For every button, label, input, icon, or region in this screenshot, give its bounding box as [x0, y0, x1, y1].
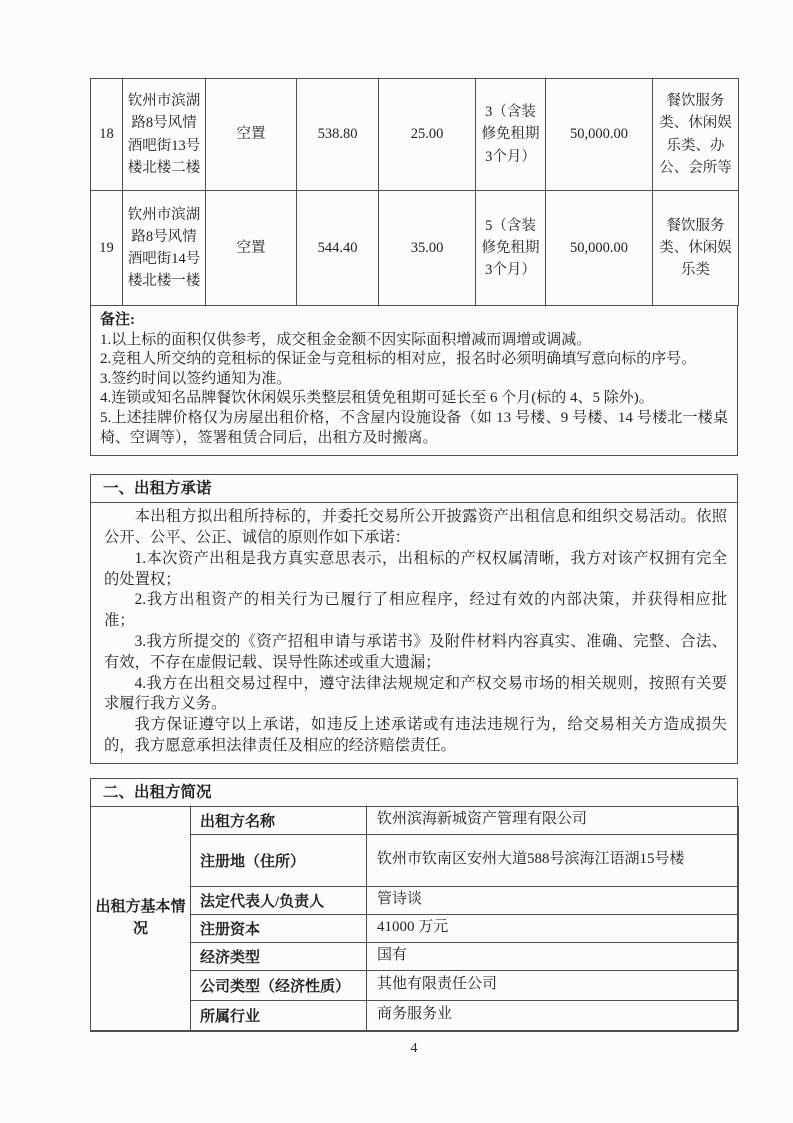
notes-box: 备注: 1.以上标的面积仅供参考，成交租金金额不因实际面积增减而调增或调减。 2…	[90, 305, 738, 456]
cell-status: 空置	[206, 191, 297, 306]
lessor-info-table: 出租方基本情况 出租方名称 钦州滨海新城资产管理有限公司 注册地（住所） 钦州市…	[90, 806, 739, 1031]
table-row: 出租方基本情况 出租方名称 钦州滨海新城资产管理有限公司	[91, 806, 739, 834]
table-row: 19 钦州市滨湖路8号风情酒吧街14号楼北楼一楼 空置 544.40 35.00…	[91, 191, 739, 306]
table-row: 18 钦州市滨湖路8号风情酒吧街13号楼北楼二楼 空置 538.80 25.00…	[91, 79, 739, 191]
field-value: 国有	[367, 942, 739, 970]
cell-price: 35.00	[379, 191, 476, 306]
cell-serial: 19	[91, 191, 123, 306]
field-label: 经济类型	[191, 942, 367, 970]
cell-deposit: 50,000.00	[546, 191, 653, 306]
paragraph: 本出租方拟出租所持标的，并委托交易所公开披露资产出租信息和组织交易活动。依照公开…	[104, 507, 727, 549]
field-value: 41000 万元	[367, 914, 739, 942]
cell-lease-term: 5（含装修免租期3个月）	[476, 191, 546, 306]
notes-label: 备注:	[100, 311, 728, 331]
field-value: 管诗谈	[367, 886, 739, 914]
cell-lease-term: 3（含装修免租期3个月）	[476, 79, 546, 191]
field-label: 注册地（住所）	[191, 834, 367, 886]
cell-price: 25.00	[379, 79, 476, 191]
cell-address: 钦州市滨湖路8号风情酒吧街14号楼北楼一楼	[123, 191, 206, 306]
section-lessor-commitment: 一、出租方承诺 本出租方拟出租所持标的，并委托交易所公开披露资产出租信息和组织交…	[90, 474, 738, 764]
section-body: 本出租方拟出租所持标的，并委托交易所公开披露资产出租信息和组织交易活动。依照公开…	[91, 503, 737, 763]
cell-serial: 18	[91, 79, 123, 191]
field-value: 钦州滨海新城资产管理有限公司	[367, 806, 739, 834]
cell-status: 空置	[206, 79, 297, 191]
note-item: 5.上述挂牌价格仅为房屋出租价格，不含屋内设施设备（如 13 号楼、9 号楼、1…	[100, 409, 728, 448]
page-number: 4	[90, 1041, 738, 1057]
cell-address: 钦州市滨湖路8号风情酒吧街13号楼北楼二楼	[123, 79, 206, 191]
note-item: 1.以上标的面积仅供参考，成交租金金额不因实际面积增减而调增或调减。	[100, 331, 728, 351]
paragraph: 4.我方在出租交易过程中，遵守法律法规规定和产权交易市场的相关规则，按照有关要求…	[104, 674, 727, 716]
section-lessor-profile: 二、出租方简况 出租方基本情况 出租方名称 钦州滨海新城资产管理有限公司 注册地…	[90, 778, 738, 1032]
field-value: 钦州市钦南区安州大道588号滨海江语湖15号楼	[367, 834, 739, 886]
paragraph: 1.本次资产出租是我方真实意思表示，出租标的产权权属清晰，我方对该产权拥有完全的…	[104, 549, 727, 591]
note-item: 2.竞租人所交纳的竞租标的保证金与竞租标的相对应，报名时必须明确填写意向标的序号…	[100, 350, 728, 370]
document-content: 18 钦州市滨湖路8号风情酒吧街13号楼北楼二楼 空置 538.80 25.00…	[90, 78, 738, 1057]
field-label: 出租方名称	[191, 806, 367, 834]
paragraph: 2.我方出租资产的相关行为已履行了相应程序，经过有效的内部决策，并获得相应批准；	[104, 590, 727, 632]
group-label: 出租方基本情况	[91, 806, 191, 1030]
cell-area: 538.80	[297, 79, 379, 191]
document-page: 18 钦州市滨湖路8号风情酒吧街13号楼北楼二楼 空置 538.80 25.00…	[0, 0, 793, 1123]
cell-business-type: 餐饮服务类、休闲娱乐类、办公、会所等	[653, 79, 739, 191]
section-title: 二、出租方简况	[91, 779, 737, 807]
paragraph: 3.我方所提交的《资产招租申请与承诺书》及附件材料内容真实、准确、完整、合法、有…	[104, 632, 727, 674]
cell-business-type: 餐饮服务类、休闲娱乐类	[653, 191, 739, 306]
listing-table: 18 钦州市滨湖路8号风情酒吧街13号楼北楼二楼 空置 538.80 25.00…	[90, 78, 739, 306]
note-item: 4.连锁或知名品牌餐饮休闲娱乐类整层租赁免租期可延长至 6 个月(标的 4、5 …	[100, 389, 728, 409]
field-value: 商务服务业	[367, 1000, 739, 1030]
field-label: 法定代表人/负责人	[191, 886, 367, 914]
cell-area: 544.40	[297, 191, 379, 306]
field-label: 注册资本	[191, 914, 367, 942]
field-label: 所属行业	[191, 1000, 367, 1030]
paragraph: 我方保证遵守以上承诺，如违反上述承诺或有违法违规行为，给交易相关方造成损失的，我…	[104, 715, 727, 757]
cell-deposit: 50,000.00	[546, 79, 653, 191]
note-item: 3.签约时间以签约通知为准。	[100, 370, 728, 390]
section-title: 一、出租方承诺	[91, 475, 737, 503]
field-label: 公司类型（经济性质）	[191, 970, 367, 1000]
field-value: 其他有限责任公司	[367, 970, 739, 1000]
